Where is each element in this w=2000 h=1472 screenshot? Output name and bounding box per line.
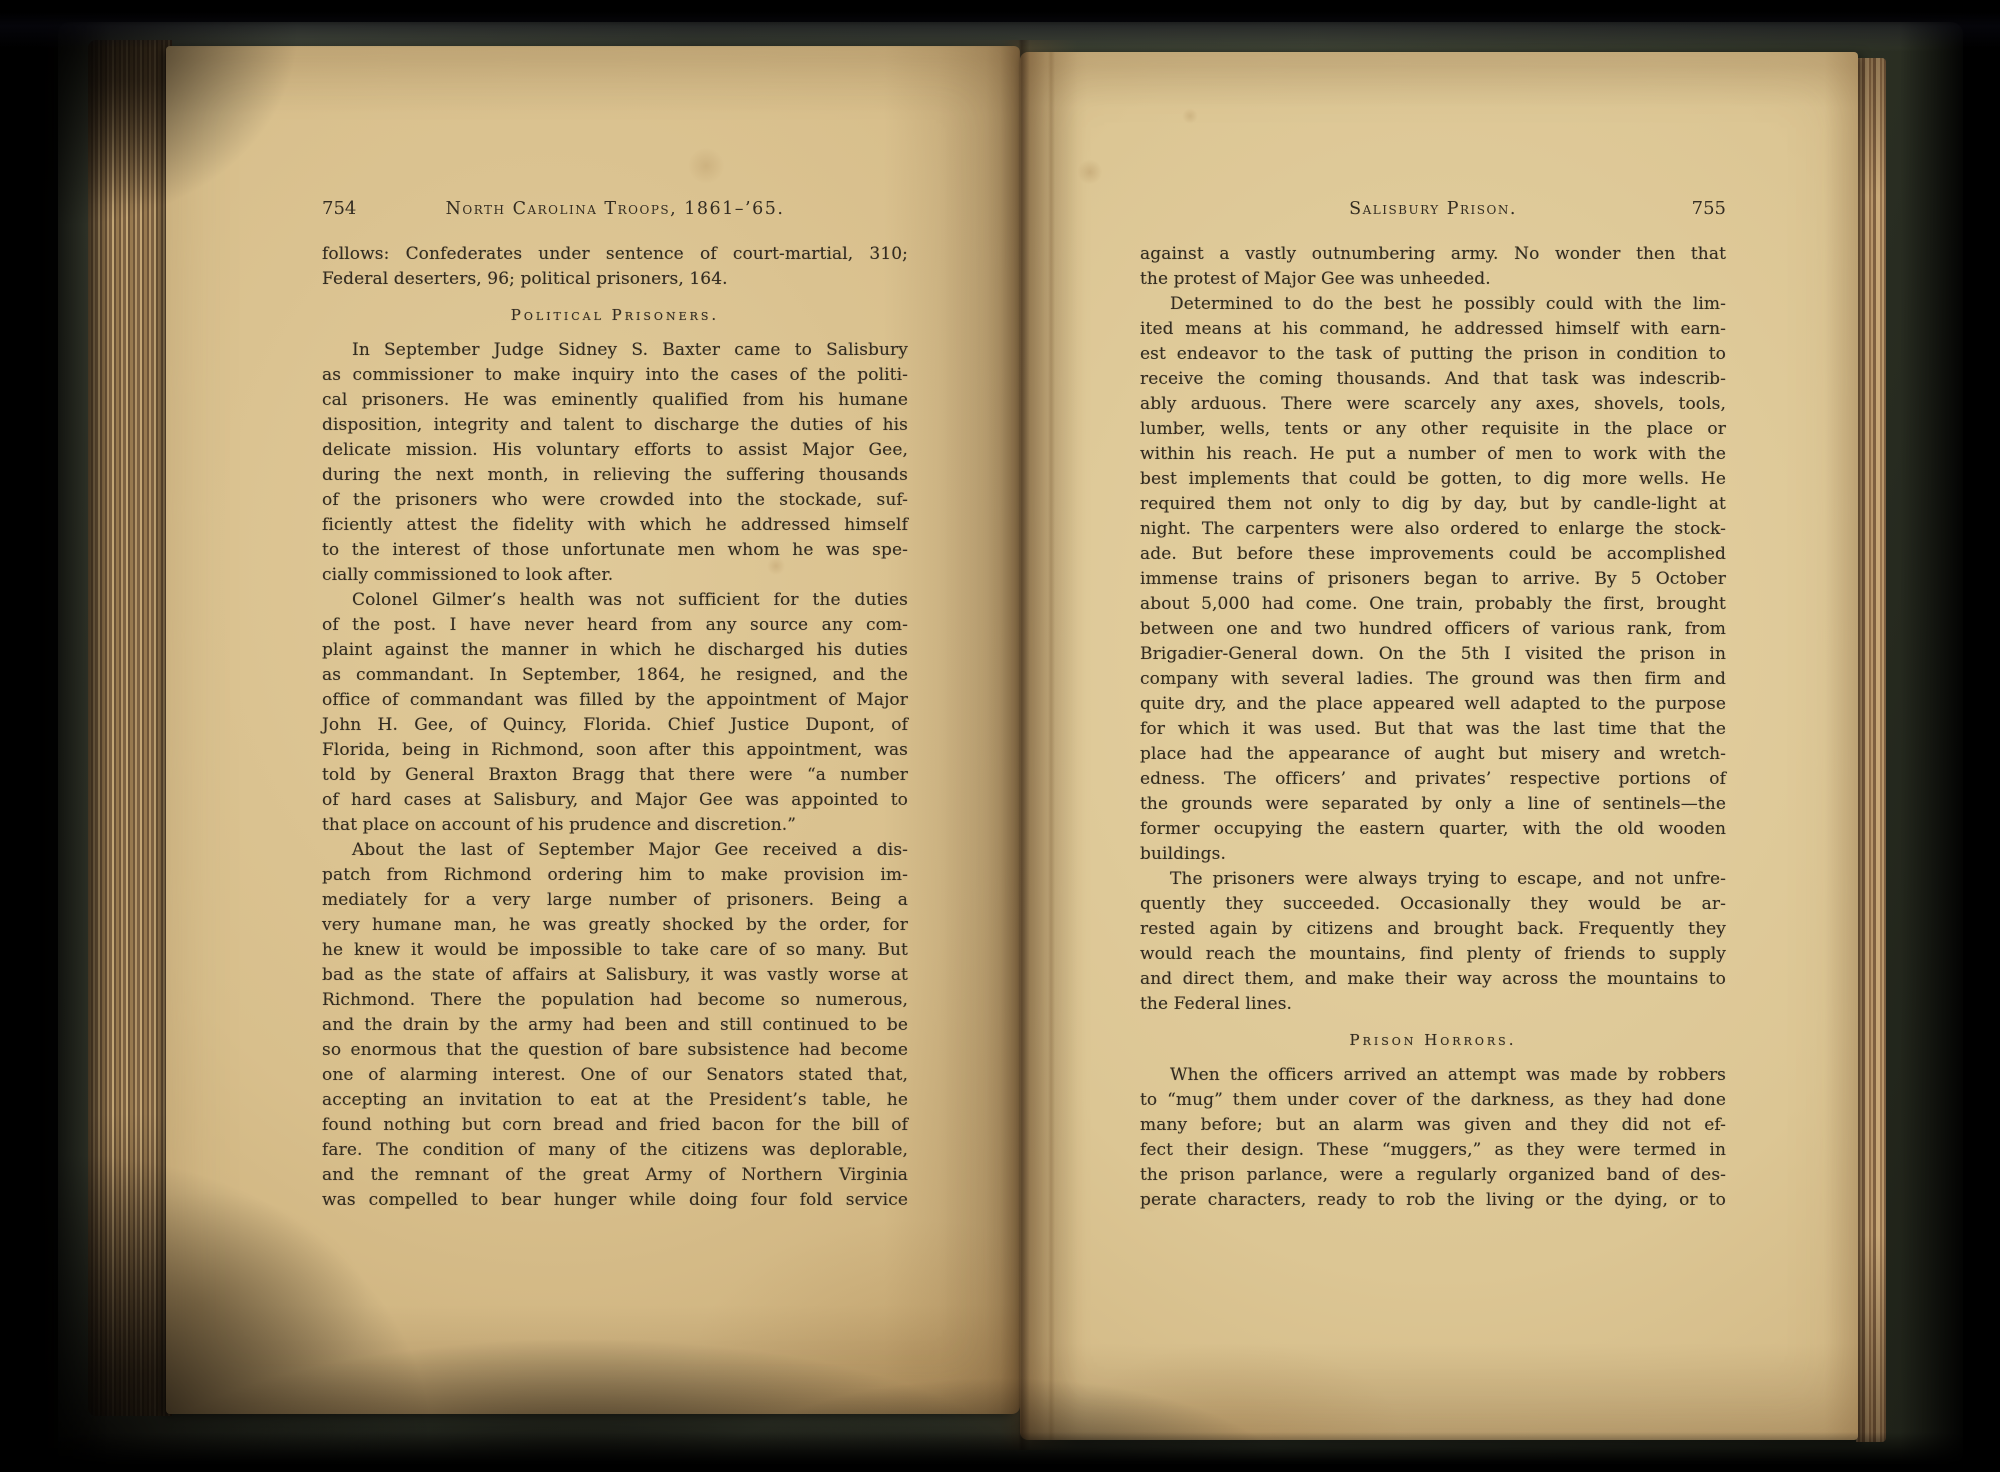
text-line: about 5,000 had come. One train, probabl… [1140,592,1726,617]
text-line: as commandant. In September, 1864, he re… [322,663,908,688]
text-line: Brigadier-General down. On the 5th I vis… [1140,642,1726,667]
text-line: former occupying the eastern quarter, wi… [1140,817,1726,842]
text-line: receive the coming thousands. And that t… [1140,367,1726,392]
text-line: ade. But before these improvements could… [1140,542,1726,567]
text-line: fare. The condition of many of the citiz… [322,1138,908,1163]
section-heading: Political Prisoners. [322,305,908,325]
text-line: About the last of September Major Gee re… [322,838,908,863]
text-line: immense trains of prisoners began to arr… [1140,567,1726,592]
running-head: 754 North Carolina Troops, 1861–’65. [322,198,908,220]
text-line: the prison parlance, were a regularly or… [1140,1163,1726,1188]
section-heading: Prison Horrors. [1140,1030,1726,1050]
text-line: est endeavor to the task of putting the … [1140,342,1726,367]
text-line: very humane man, he was greatly shocked … [322,913,908,938]
text-line: night. The carpenters were also ordered … [1140,517,1726,542]
paragraph: About the last of September Major Gee re… [322,838,908,1213]
paragraph: against a vastly outnumbering army. No w… [1140,242,1726,292]
text-line: he knew it would be impossible to take c… [322,938,908,963]
text-line: that place on account of his prudence an… [322,813,908,838]
paragraph: When the officers arrived an attempt was… [1140,1063,1726,1213]
text-line: cially commissioned to look after. [322,563,908,588]
text-line: plaint against the manner in which he di… [322,638,908,663]
text-line: for which it was used. But that was the … [1140,717,1726,742]
text-line: as commissioner to make inquiry into the… [322,363,908,388]
paragraph: In September Judge Sidney S. Baxter came… [322,338,908,588]
text-line: ably arduous. There were scarcely any ax… [1140,392,1726,417]
text-line: The prisoners were always trying to esca… [1140,867,1726,892]
text-line: place had the appearance of aught but mi… [1140,742,1726,767]
photo-background: 754 North Carolina Troops, 1861–’65. fol… [0,0,2000,1472]
page-body: follows: Confederates under sentence of … [322,242,908,1213]
text-line: follows: Confederates under sentence of … [322,242,908,267]
text-line: lumber, wells, tents or any other requis… [1140,417,1726,442]
paragraph: follows: Confederates under sentence of … [322,242,908,292]
text-line: against a vastly outnumbering army. No w… [1140,242,1726,267]
running-head: Salisbury Prison. 755 [1140,198,1726,220]
text-line: so enormous that the question of bare su… [322,1038,908,1063]
text-line: cal prisoners. He was eminently qualifie… [322,388,908,413]
page-number: 755 [1692,198,1726,220]
text-line: and the drain by the army had been and s… [322,1013,908,1038]
paragraph: The prisoners were always trying to esca… [1140,867,1726,1017]
text-line: the Federal lines. [1140,992,1726,1017]
text-line: quite dry, and the place appeared well a… [1140,692,1726,717]
text-line: the grounds were separated by only a lin… [1140,792,1726,817]
text-line: Colonel Gilmer’s health was not sufficie… [322,588,908,613]
text-line: many before; but an alarm was given and … [1140,1113,1726,1138]
text-line: buildings. [1140,842,1726,867]
text-line: within his reach. He put a number of men… [1140,442,1726,467]
text-line: ited means at his command, he addressed … [1140,317,1726,342]
text-line: bad as the state of affairs at Salisbury… [322,963,908,988]
text-line: patch from Richmond ordering him to make… [322,863,908,888]
text-line: of the post. I have never heard from any… [322,613,908,638]
text-line: Richmond. There the population had becom… [322,988,908,1013]
text-line: rested again by citizens and brought bac… [1140,917,1726,942]
text-line: mediately for a very large number of pri… [322,888,908,913]
paragraph: Colonel Gilmer’s health was not sufficie… [322,588,908,838]
text-line: of the prisoners who were crowded into t… [322,488,908,513]
text-line: John H. Gee, of Quincy, Florida. Chief J… [322,713,908,738]
text-line: disposition, integrity and talent to dis… [322,413,908,438]
text-line: best implements that could be gotten, to… [1140,467,1726,492]
text-line: office of commandant was filled by the a… [322,688,908,713]
right-page: Salisbury Prison. 755 against a vastly o… [1020,52,1858,1440]
text-line: one of alarming interest. One of our Sen… [322,1063,908,1088]
right-page-fore-edge [1856,58,1886,1442]
text-line: Florida, being in Richmond, soon after t… [322,738,908,763]
text-line: perate characters, ready to rob the livi… [1140,1188,1726,1213]
paragraph: Determined to do the best he possibly co… [1140,292,1726,867]
text-line: company with several ladies. The ground … [1140,667,1726,692]
running-title: Salisbury Prison. [1140,198,1726,220]
text-line: to “mug” them under cover of the darknes… [1140,1088,1726,1113]
left-page-edge-stack [88,40,172,1416]
text-line: between one and two hundred officers of … [1140,617,1726,642]
text-line: found nothing but corn bread and fried b… [322,1113,908,1138]
page-body: against a vastly outnumbering army. No w… [1140,242,1726,1213]
text-line: of hard cases at Salisbury, and Major Ge… [322,788,908,813]
text-line: during the next month, in relieving the … [322,463,908,488]
text-line: delicate mission. His voluntary efforts … [322,438,908,463]
text-line: told by General Braxton Bragg that there… [322,763,908,788]
text-line: the protest of Major Gee was unheeded. [1140,267,1726,292]
text-line: When the officers arrived an attempt was… [1140,1063,1726,1088]
running-title: North Carolina Troops, 1861–’65. [322,198,908,220]
left-page: 754 North Carolina Troops, 1861–’65. fol… [166,46,1020,1414]
text-line: and the remnant of the great Army of Nor… [322,1163,908,1188]
text-line: to the interest of those unfortunate men… [322,538,908,563]
text-line: In September Judge Sidney S. Baxter came… [322,338,908,363]
text-line: Federal deserters, 96; political prisone… [322,267,908,292]
text-line: accepting an invitation to eat at the Pr… [322,1088,908,1113]
text-line: Determined to do the best he possibly co… [1140,292,1726,317]
text-line: quently they succeeded. Occasionally the… [1140,892,1726,917]
text-line: ficiently attest the fidelity with which… [322,513,908,538]
text-line: was compelled to bear hunger while doing… [322,1188,908,1213]
text-line: and direct them, and make their way acro… [1140,967,1726,992]
text-line: fect their design. These “muggers,” as t… [1140,1138,1726,1163]
page-number: 754 [322,198,356,220]
text-line: would reach the mountains, find plenty o… [1140,942,1726,967]
text-line: edness. The officers’ and privates’ resp… [1140,767,1726,792]
text-line: required them not only to dig by day, bu… [1140,492,1726,517]
